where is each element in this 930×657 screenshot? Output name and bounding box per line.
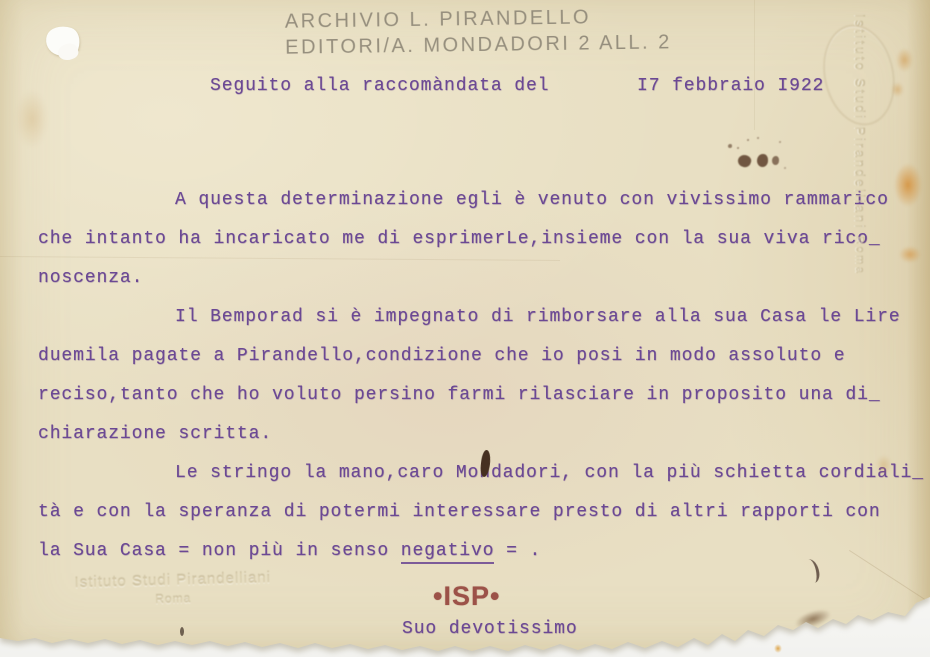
closing-line: la Sua Casa = non più in senso negativo … bbox=[38, 532, 918, 571]
typed-line: duemila pagate a Pirandello,condizione c… bbox=[38, 337, 918, 376]
paragraph-1: A questa determinazione egli è venuto co… bbox=[38, 181, 918, 298]
stain bbox=[774, 644, 782, 653]
letter-body: A questa determinazione egli è venuto co… bbox=[38, 181, 918, 571]
scan-background: ARCHIVIO L. PIRANDELLO EDITORI/A. MONDAD… bbox=[0, 0, 930, 657]
typed-line: Il Bemporad si è impegnato di rimborsare… bbox=[38, 298, 918, 337]
letter-reference-line: Seguito alla raccomàndata del I7 febbrai… bbox=[0, 76, 930, 100]
typed-line: tà e con la speranza di potermi interess… bbox=[38, 493, 918, 532]
archive-annotation: ARCHIVIO L. PIRANDELLO EDITORI/A. MONDAD… bbox=[285, 3, 672, 60]
closing-underlined-word: negativo bbox=[401, 541, 495, 564]
stain bbox=[16, 90, 48, 148]
typed-line: reciso,tanto che ho voluto persino farmi… bbox=[38, 376, 918, 415]
paper-crease bbox=[754, 0, 755, 130]
isp-stamp: •ISP• bbox=[433, 581, 513, 612]
archive-annotation-line2: EDITORI/A. MONDADORI 2 ALL. 2 bbox=[285, 29, 672, 60]
signoff: Suo devotissimo bbox=[402, 616, 578, 642]
letter-paper: ARCHIVIO L. PIRANDELLO EDITORI/A. MONDAD… bbox=[0, 0, 930, 657]
ink-splatter bbox=[728, 144, 818, 178]
stain bbox=[876, 455, 892, 475]
embossed-stamp-left: Istituto Studi Pirandelliani Roma bbox=[58, 568, 289, 612]
typed-line: chiarazione scritta. bbox=[38, 415, 918, 454]
stain bbox=[896, 48, 913, 72]
closing-prefix: la Sua Casa = non più in senso bbox=[38, 541, 401, 561]
letter-scan: ARCHIVIO L. PIRANDELLO EDITORI/A. MONDAD… bbox=[0, 0, 930, 657]
typed-line: noscenza. bbox=[38, 259, 918, 298]
ink-speck bbox=[180, 627, 184, 636]
embossed-stamp-city-vertical: Roma bbox=[853, 236, 865, 275]
typed-line: A questa determinazione egli è venuto co… bbox=[38, 181, 918, 220]
closing-suffix: = . bbox=[494, 541, 541, 561]
paragraph-2: Il Bemporad si è impegnato di rimborsare… bbox=[38, 298, 918, 454]
typed-line: che intanto ha incaricato me di esprimer… bbox=[38, 220, 918, 259]
embossed-round-seal bbox=[814, 18, 904, 132]
letter-date: I7 febbraio I922 bbox=[637, 76, 824, 96]
stain bbox=[899, 246, 921, 263]
paragraph-3: Le stringo la mano,caro Mondadori, con l… bbox=[38, 454, 918, 532]
reference-text: Seguito alla raccomàndata del bbox=[210, 76, 549, 96]
stain bbox=[891, 82, 904, 97]
typed-line: Le stringo la mano,caro Mondadori, con l… bbox=[38, 454, 918, 493]
smudge bbox=[792, 606, 833, 633]
